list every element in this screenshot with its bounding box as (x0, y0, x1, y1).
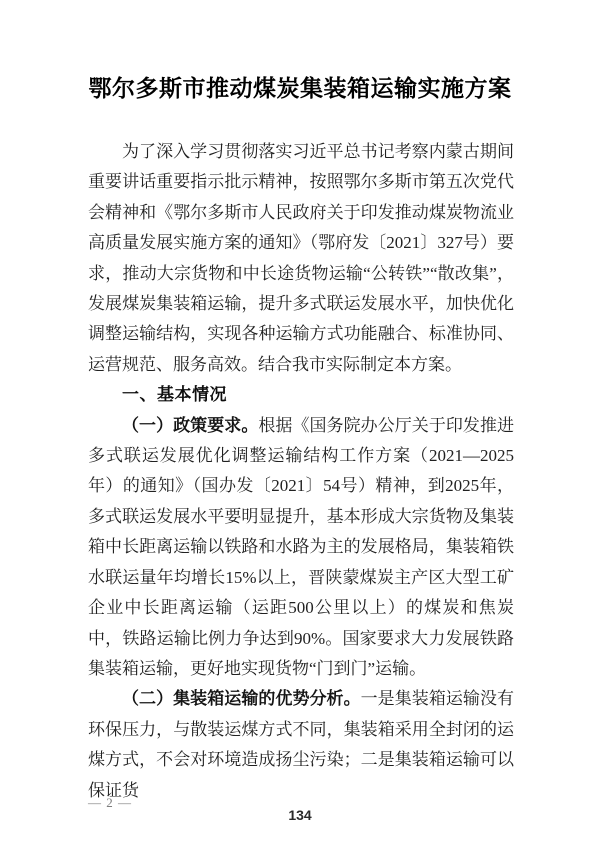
container-advantage-lead: （二）集装箱运输的优势分析。 (122, 689, 361, 708)
intro-paragraph: 为了深入学习贯彻落实习近平总书记考察内蒙古期间重要讲话重要指示批示精神，按照鄂尔… (88, 137, 514, 380)
document-title: 鄂尔多斯市推动煤炭集装箱运输实施方案 (0, 70, 600, 103)
policy-requirements-text: 根据《国务院办公厅关于印发推进多式联运发展优化调整运输结构工作方案（2021—2… (88, 416, 514, 678)
policy-requirements-lead: （一）政策要求。 (122, 416, 258, 435)
document-page: 鄂尔多斯市推动煤炭集装箱运输实施方案 为了深入学习贯彻落实习近平总书记考察内蒙古… (0, 0, 600, 848)
document-body: 为了深入学习贯彻落实习近平总书记考察内蒙古期间重要讲话重要指示批示精神，按照鄂尔… (88, 137, 514, 806)
container-advantage-paragraph: （二）集装箱运输的优势分析。一是集装箱运输没有环保压力，与散装运煤方式不同，集装… (88, 684, 514, 806)
book-page-number: 134 (0, 807, 600, 823)
section-heading: 一、基本情况 (88, 380, 514, 410)
policy-requirements-paragraph: （一）政策要求。根据《国务院办公厅关于印发推进多式联运发展优化调整运输结构工作方… (88, 411, 514, 685)
